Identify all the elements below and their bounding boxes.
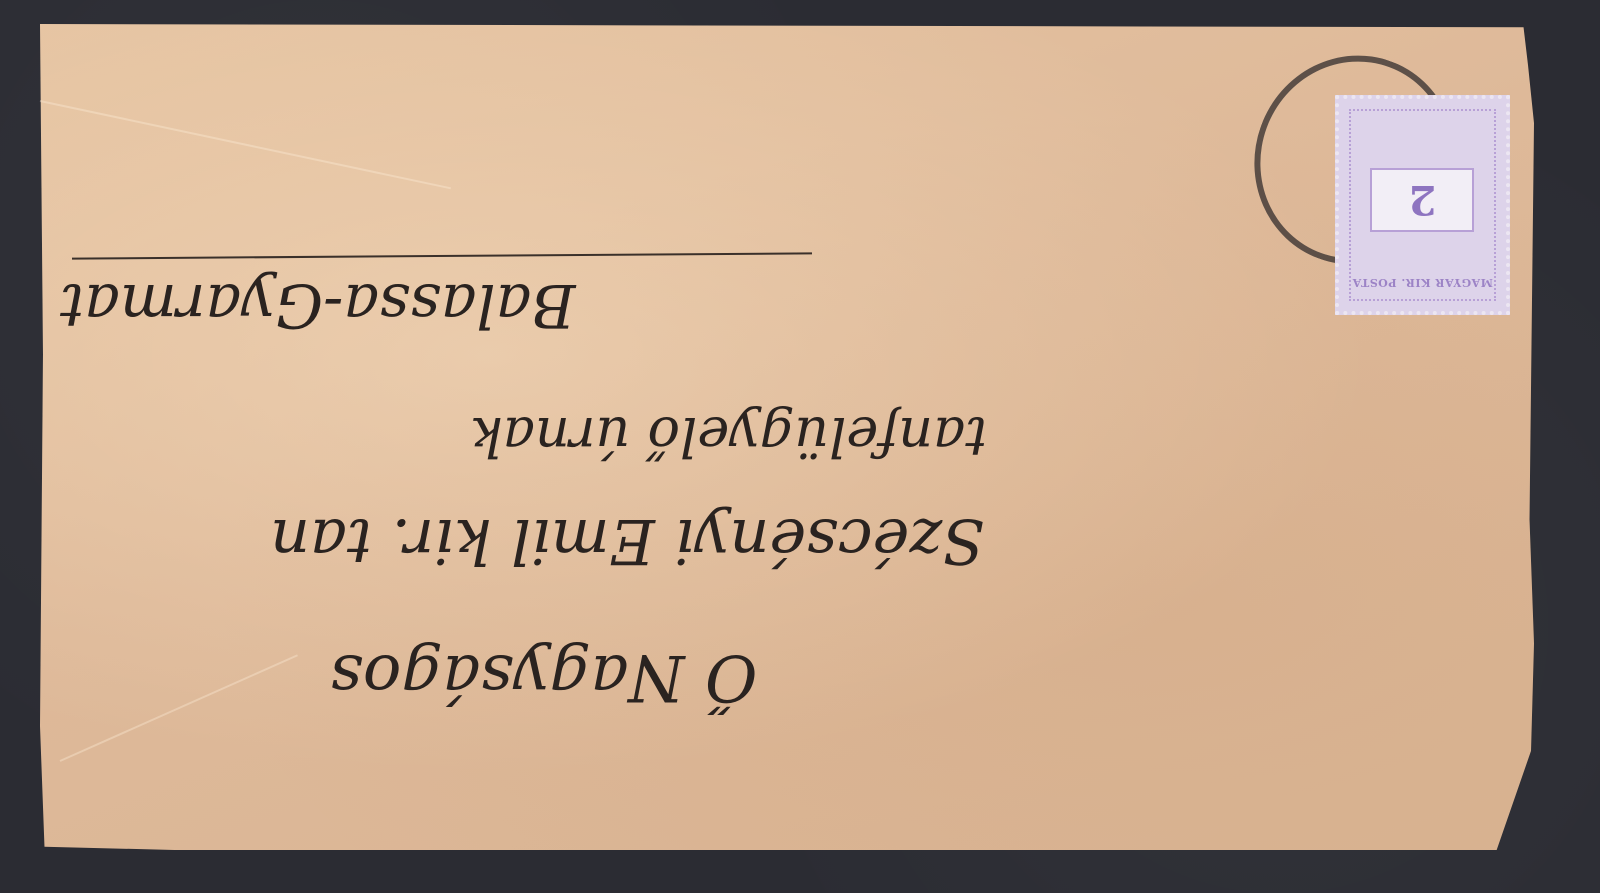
address-line-name: Szécsényi Emil kir. tan bbox=[270, 505, 984, 578]
address-line-honorific: Ő Nagyságos bbox=[330, 640, 757, 714]
address-line-town: Balassa-Gyarmat bbox=[60, 270, 576, 340]
handwritten-address: Ő Nagyságos Szécsényi Emil kir. tan tanf… bbox=[0, 0, 1600, 893]
town-underline bbox=[72, 252, 812, 259]
address-line-title: tanfelügyelő úrnak bbox=[470, 405, 987, 468]
